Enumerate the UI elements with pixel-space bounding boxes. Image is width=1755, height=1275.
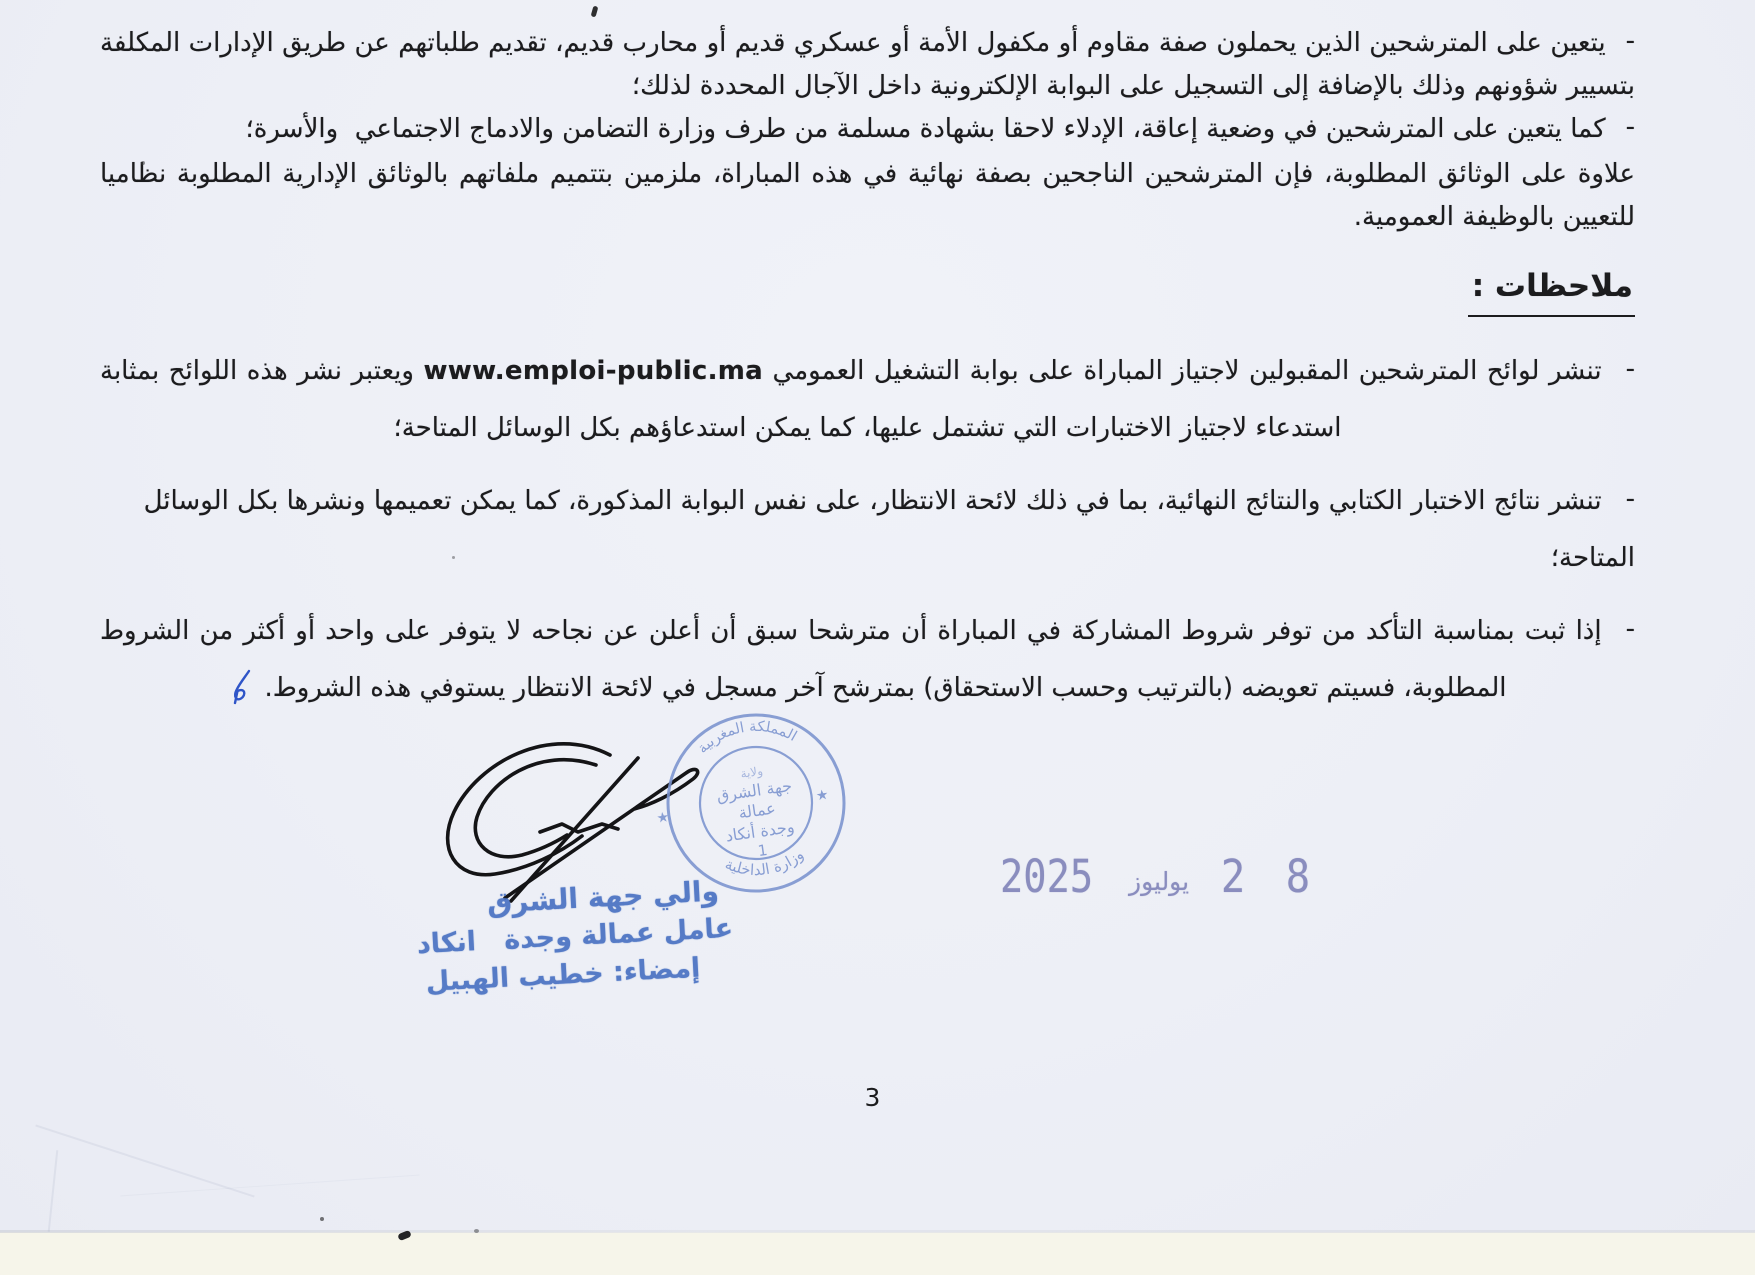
scan-speck (320, 1217, 324, 1221)
signer-title-stamp: والي جهة الشرق عامل عمالة وجدة انكاد إمض… (407, 871, 743, 1002)
list-item-disability: -كما يتعين على المترشحين في وضعية إعاقة،… (100, 108, 1635, 151)
scan-speck (452, 556, 455, 559)
list-item-text: يتعين على المترشحين الذين يحملون صفة مقا… (100, 28, 1635, 101)
date-stamp-day: 2 8 (1221, 850, 1318, 903)
star-icon: ★ (656, 809, 671, 827)
date-stamp-year: 2025 (1000, 850, 1093, 903)
bullet-dash: - (1626, 471, 1635, 528)
star-icon: ★ (815, 787, 830, 805)
note-item-replacement: -إذا ثبت بمناسبة التأكد من توفر شروط الم… (100, 603, 1635, 717)
portal-url-text: www.emploi-public.ma (423, 356, 763, 386)
note-item-lists: -تنشر لوائح المترشحين المقبولين لاجتياز … (100, 343, 1635, 457)
scan-speck (141, 161, 145, 165)
bullet-dash: - (1626, 106, 1635, 149)
date-stamp-month: يوليوز (1129, 857, 1189, 896)
date-stamp: 2025 يوليوز 2 8 (1000, 846, 1318, 906)
paper-bottom-edge (0, 1230, 1755, 1233)
bullet-dash: - (1626, 20, 1635, 63)
note-text: إذا ثبت بمناسبة التأكد من توفر شروط المش… (100, 616, 1602, 703)
document-body: -يتعين على المترشحين الذين يحملون صفة مق… (100, 22, 1635, 717)
stamp-line-prefecture: عمالة (737, 798, 776, 822)
closing-paragraph: علاوة على الوثائق المطلوبة، فإن المترشحي… (100, 153, 1635, 239)
notes-heading: ملاحظات : (1468, 265, 1635, 317)
list-item-veterans: -يتعين على المترشحين الذين يحملون صفة مق… (100, 22, 1635, 108)
scan-speck (474, 1229, 479, 1233)
list-item-text: كما يتعين على المترشحين في وضعية إعاقة، … (246, 114, 1606, 144)
note-item-results: -تنشر نتائج الاختبار الكتابي والنتائج ال… (100, 473, 1635, 587)
page-number: 3 (0, 1083, 1745, 1112)
note-text: تنشر نتائج الاختبار الكتابي والنتائج الن… (144, 486, 1635, 573)
handwritten-paraph-icon (228, 668, 254, 706)
stamp-line-number: 1 (757, 841, 769, 860)
bullet-dash: - (1626, 601, 1635, 658)
scanned-document: -يتعين على المترشحين الذين يحملون صفة مق… (0, 0, 1755, 1275)
bullet-dash: - (1626, 341, 1635, 398)
note-text-before-url: تنشر لوائح المترشحين المقبولين لاجتياز ا… (763, 356, 1602, 386)
